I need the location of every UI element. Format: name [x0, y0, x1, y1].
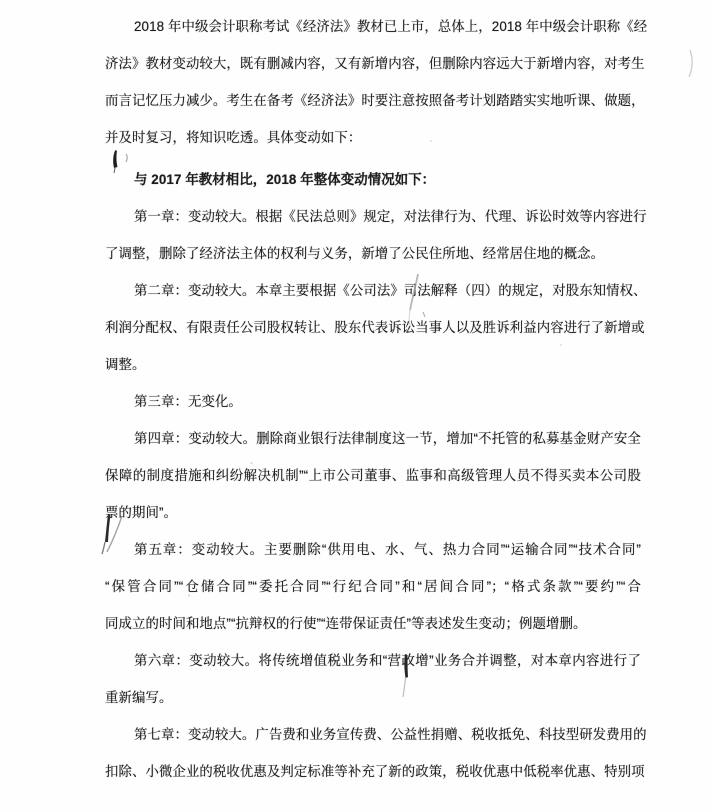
text-line: 并及时复习，将知识吃透。具体变动如下：: [105, 119, 641, 156]
text-line: 第七章：变动较大。广告费和业务宣传费、公益性捐赠、税收抵免、科技型研发费用的: [105, 716, 641, 753]
text-line: 同成立的时间和地点”“抗辩权的行使”“连带保证责任”等表述发生变动；例题增删。: [105, 605, 641, 642]
text-line: 调整。: [105, 346, 641, 383]
text-line: 第二章：变动较大。本章主要根据《公司法》司法解释（四）的规定，对股东知情权、: [105, 272, 641, 309]
text-line: 第五章：变动较大。主要删除“供用电、水、气、热力合同”“运输合同”“技术合同”: [105, 531, 641, 568]
text-line: 扣除、小微企业的税收优惠及判定标准等补充了新的政策，税收优惠中低税率优惠、特别项: [105, 753, 641, 790]
text-line: 第三章：无变化。: [105, 383, 641, 420]
text-line: 第四章：变动较大。删除商业银行法律制度这一节，增加“不托管的私募基金财产安全: [105, 420, 641, 457]
text-line: 票的期间”。: [105, 494, 641, 531]
text-line: 而言记忆压力减少。考生在备考《经济法》时要注意按照备考计划踏踏实实地听课、做题，: [105, 82, 641, 119]
text-line: 第一章：变动较大。根据《民法总则》规定，对法律行为、代理、诉讼时效等内容进行: [105, 198, 641, 235]
text-line: 2018 年中级会计职称考试《经济法》教材已上市，总体上，2018 年中级会计职…: [105, 8, 641, 45]
text-line: 第六章：变动较大。将传统增值税业务和“营改增”业务合并调整，对本章内容进行了: [105, 642, 641, 679]
text-line: 重新编写。: [105, 679, 641, 716]
heading-line: 与 2017 年教材相比，2018 年整体变动情况如下：: [105, 161, 641, 198]
scanned-document-page: 2018 年中级会计职称考试《经济法》教材已上市，总体上，2018 年中级会计职…: [0, 0, 712, 812]
text-line: 保障的制度措施和纠纷解决机制”“上市公司董事、监事和高级管理人员不得买卖本公司股: [105, 457, 641, 494]
scan-artifact-right-margin: [680, 48, 698, 80]
text-line: 了调整，删除了经济法主体的权利与义务，新增了公民住所地、经常居住地的概念。: [105, 235, 641, 272]
text-line: 济法》教材变动较大，既有删减内容，又有新增内容，但删除内容远大于新增内容，对考生: [105, 45, 641, 82]
text-line: “保管合同”“仓储合同”“委托合同”“行纪合同”和“居间合同”；“格式条款”“要…: [105, 568, 641, 605]
document-text: 2018 年中级会计职称考试《经济法》教材已上市，总体上，2018 年中级会计职…: [105, 8, 641, 790]
text-line: 利润分配权、有限责任公司股权转让、股东代表诉讼当事人以及胜诉利益内容进行了新增或: [105, 309, 641, 346]
